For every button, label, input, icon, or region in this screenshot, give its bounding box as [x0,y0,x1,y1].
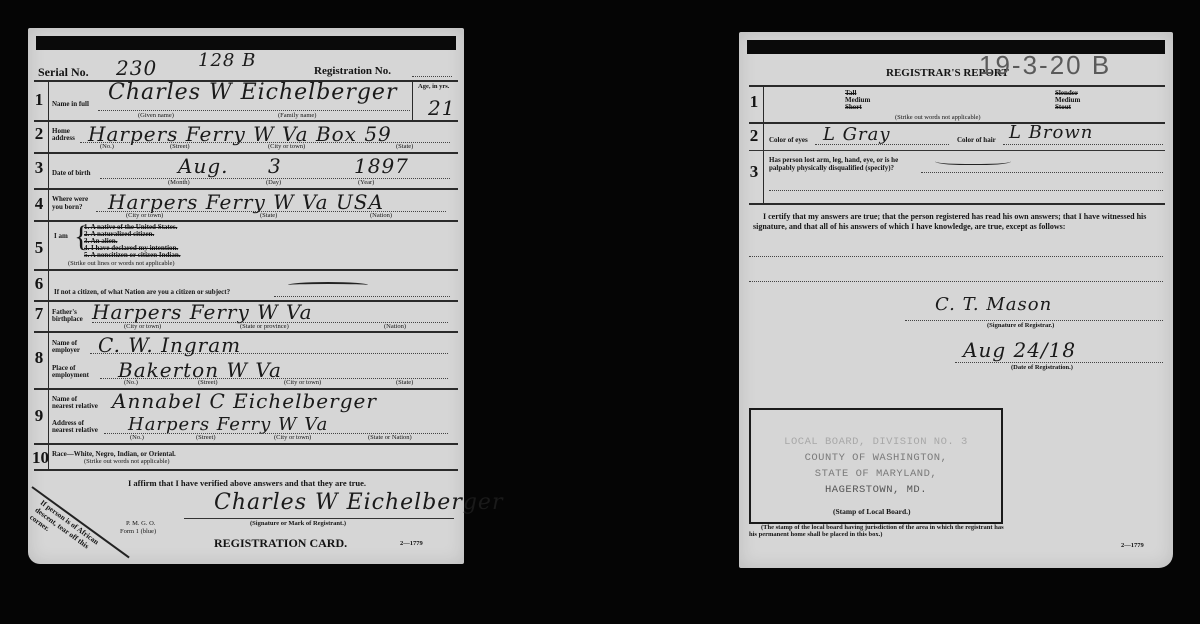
dob-day: 3 [268,154,282,178]
registrar-report-card: REGISTRAR'S REPORT 19-3-20 B 1 Tall Medi… [739,32,1173,568]
dash-mark [935,156,1011,165]
registrar-signature: C. T. Mason [935,294,1052,315]
father-birthplace-value: Harpers Ferry W Va [92,300,313,324]
nearest-relative-value: Annabel C Eichelberger [112,389,377,413]
registration-card: Serial No. 230 128 B Registration No. 1 … [28,28,464,564]
serial-label: Serial No. [38,65,89,80]
citizenship-option: 5. A noncitizen or citizen Indian. [84,251,181,259]
form-code: 2—1779 [400,540,423,547]
form-label: Form 1 (blue) [120,528,156,535]
dash-mark [288,282,368,288]
relative-address-value: Harpers Ferry W Va [128,414,328,435]
dob-year: 1897 [354,154,409,178]
row-number: 1 [32,90,46,110]
registrant-signature: Charles W Eichelberger [214,490,503,515]
card-top-bar [36,36,456,50]
card-title: REGISTRATION CARD. [214,536,347,551]
stamp-note: (The stamp of the local board having jur… [749,524,1007,538]
dob-label: Date of birth [52,169,91,177]
pmgo-label: P. M. G. O. [126,520,155,527]
registration-number-label: Registration No. [314,65,391,77]
affirmation-text: I affirm that I have verified above answ… [128,478,366,488]
hair-color-value: L Brown [1009,122,1093,143]
stamp-number: 19-3-20 B [979,50,1111,81]
registration-date: Aug 24/18 [963,338,1076,362]
age-label: Age, in yrs. [418,83,449,90]
name-value: Charles W Eichelberger [108,80,397,105]
name-label: Name in full [52,100,89,108]
order-number: 128 B [198,50,256,71]
certification-text: I certify that my answers are true; that… [753,212,1167,231]
stamp-label: (Stamp of Local Board.) [833,508,911,515]
serial-value: 230 [116,56,157,80]
eye-color-value: L Gray [823,124,891,145]
form-code: 2—1779 [1121,542,1144,549]
age-value: 21 [428,96,455,120]
local-board-stamp-box: LOCAL BOARD, DIVISION NO. 3 COUNTY OF WA… [749,408,1003,524]
race-label: Race—White, Negro, Indian, or Oriental. [52,450,176,458]
dob-month: Aug. [178,154,228,178]
